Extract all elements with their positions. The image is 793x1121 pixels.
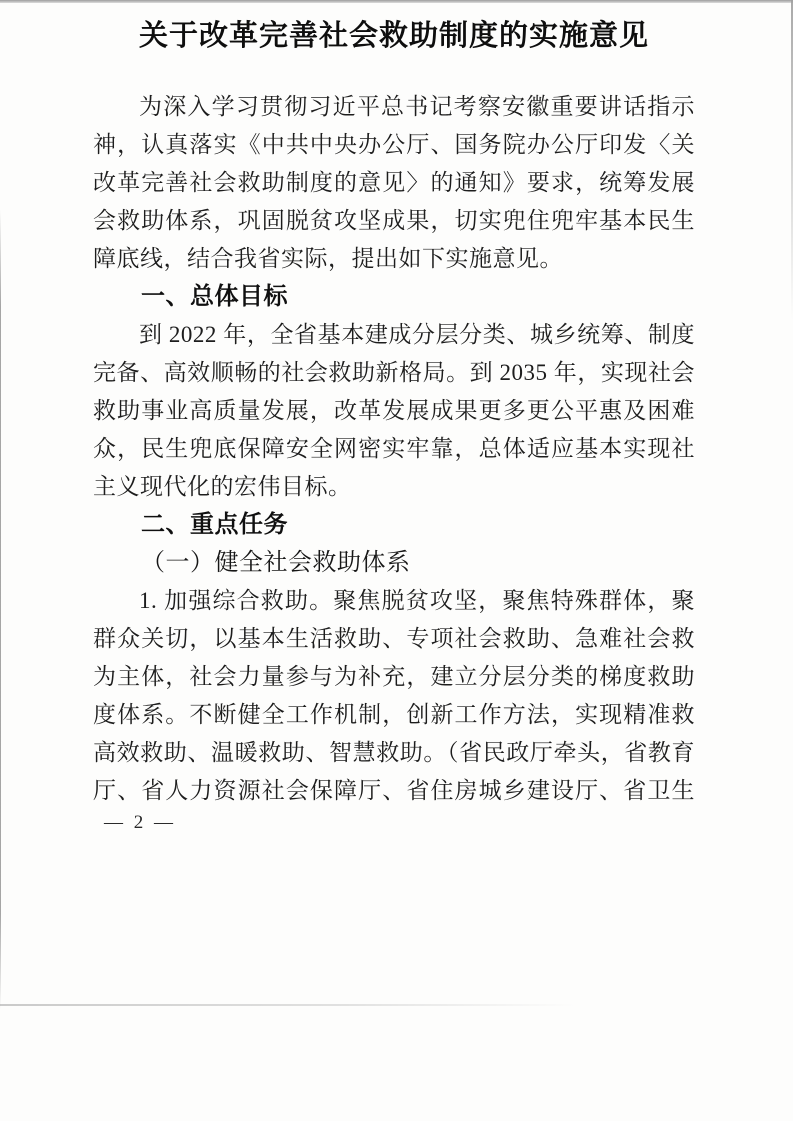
overall-goal-paragraph-line: 主义现代化的宏伟目标。 bbox=[93, 468, 695, 506]
task-1-paragraph-line: 群众关切，以基本生活救助、专项社会救助、急难社会救助 bbox=[93, 620, 695, 658]
overall-goal-paragraph-line: 救助事业高质量发展，改革发展成果更多更公平惠及困难群 bbox=[93, 392, 695, 430]
scan-edge-left bbox=[0, 210, 1, 1010]
task-1-paragraph-line: 高效救助、温暖救助、智慧救助。（省民政厅牵头，省教育 bbox=[93, 734, 695, 772]
scan-crease-bottom bbox=[0, 1004, 575, 1006]
task-1-paragraph-line: 度体系。不断健全工作机制，创新工作方法，实现精准救助、 bbox=[93, 696, 695, 734]
overall-goal-paragraph-line: 完备、高效顺畅的社会救助新格局。到 2035 年，实现社会 bbox=[93, 354, 695, 392]
section-heading-1-line: 一、总体目标 bbox=[93, 278, 695, 316]
intro-paragraph-line: 会救助体系，巩固脱贫攻坚成果，切实兜住兜牢基本民生保 bbox=[93, 202, 695, 240]
overall-goal-paragraph-line: 到 2022 年，全省基本建成分层分类、城乡统筹、制度 bbox=[93, 316, 695, 354]
overall-goal-paragraph-line: 众，民生兜底保障安全网密实牢靠，总体适应基本实现社会 bbox=[93, 430, 695, 468]
document-title: 关于改革完善社会救助制度的实施意见 bbox=[93, 14, 695, 58]
task-1-paragraph-line: 厅、省人力资源社会保障厅、省住房城乡建设厅、省卫生健 bbox=[93, 772, 695, 810]
task-1-paragraph-line: 1. 加强综合救助。聚焦脱贫攻坚，聚焦特殊群体，聚焦 bbox=[93, 582, 695, 620]
scanned-document-page: 关于改革完善社会救助制度的实施意见 为深入学习贯彻习近平总书记考察安徽重要讲话指… bbox=[0, 0, 793, 1121]
intro-paragraph-line: 障底线，结合我省实际，提出如下实施意见。 bbox=[93, 240, 695, 278]
task-1-paragraph-line: 为主体，社会力量参与为补充，建立分层分类的梯度救助制 bbox=[93, 658, 695, 696]
intro-paragraph-line: 改革完善社会救助制度的意见〉的通知》要求，统筹发展社 bbox=[93, 164, 695, 202]
intro-paragraph-line: 为深入学习贯彻习近平总书记考察安徽重要讲话指示精 bbox=[93, 88, 695, 126]
subsection-heading-1-line: （一）健全社会救助体系 bbox=[93, 544, 695, 582]
scan-edge-top bbox=[0, 0, 793, 3]
section-heading-2-line: 二、重点任务 bbox=[93, 506, 695, 544]
page-number: — 2 — bbox=[104, 810, 176, 836]
document-body: 为深入学习贯彻习近平总书记考察安徽重要讲话指示精神，认真落实《中共中央办公厅、国… bbox=[93, 88, 695, 810]
intro-paragraph-line: 神，认真落实《中共中央办公厅、国务院办公厅印发〈关于 bbox=[93, 126, 695, 164]
